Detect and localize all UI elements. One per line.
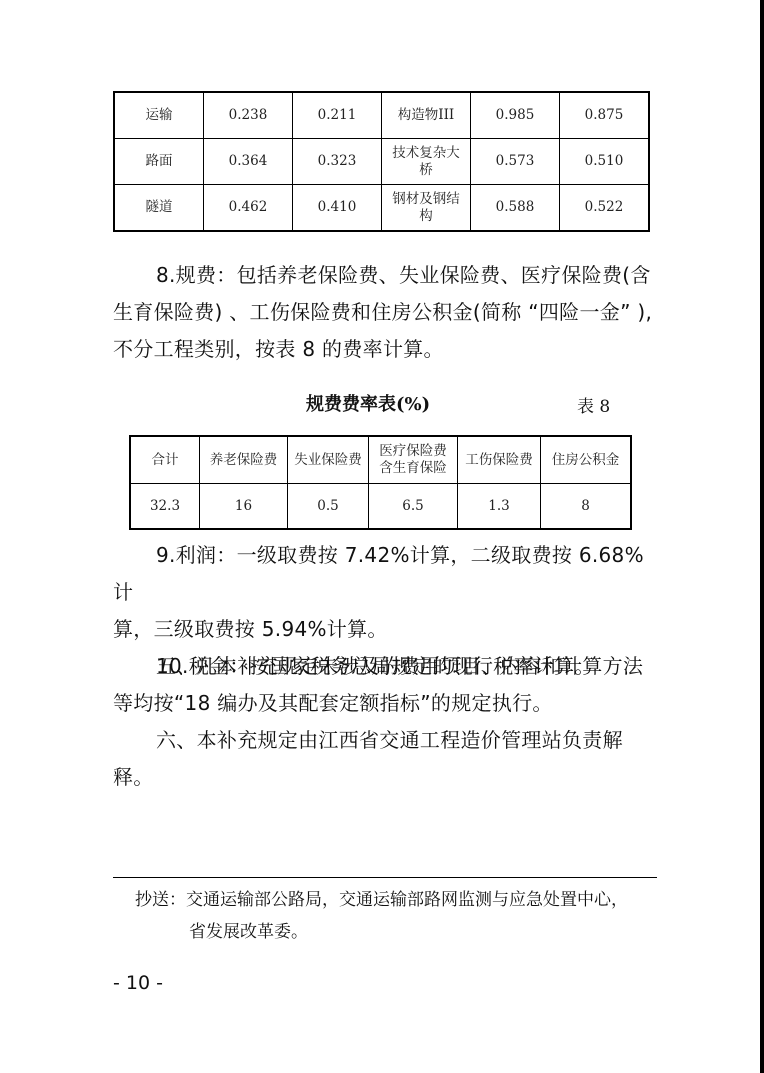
table-header-cell: 合计	[130, 436, 200, 484]
table-cell: 0.364	[204, 139, 293, 185]
table-cell: 0.323	[293, 139, 382, 185]
text-span: 五、凡本补充规定未涉及的费用项目、内容和计算方法	[156, 654, 643, 678]
cell-line: 含生育保险	[379, 460, 447, 476]
table-header-cell: 工伤保险费	[458, 436, 541, 484]
table-cell: 技术复杂大桥	[382, 139, 471, 185]
table-cell: 路面	[114, 139, 204, 185]
table-cell: 运输	[114, 92, 204, 139]
table-cell: 0.462	[204, 185, 293, 232]
table-row: 运输 0.238 0.211 构造物III 0.985 0.875	[114, 92, 649, 139]
table-cell: 0.588	[471, 185, 560, 232]
table-cell: 构造物III	[382, 92, 471, 139]
text-line: 9.利润：一级取费按 7.42%计算，二级取费按 6.68%计	[113, 537, 658, 611]
table-row: 路面 0.364 0.323 技术复杂大桥 0.573 0.510	[114, 139, 649, 185]
cell-line: 技术复杂大	[392, 145, 460, 161]
cell-line: 桥	[419, 162, 433, 178]
cc-line-continued: 省发展改革委。	[189, 916, 308, 948]
table-row: 32.3 16 0.5 6.5 1.3 8	[130, 484, 631, 530]
table-cell: 0.211	[293, 92, 382, 139]
table-header-row: 合计 养老保险费 失业保险费 医疗保险费含生育保险 工伤保险费 住房公积金	[130, 436, 631, 484]
table-cell: 6.5	[369, 484, 458, 530]
text-line: 算，三级取费按 5.94%计算。	[113, 611, 658, 648]
paragraph-fees: 8.规费：包括养老保险费、失业保险费、医疗保险费(含 生育保险费) 、工伤保险费…	[113, 257, 658, 368]
table-cell: 0.573	[471, 139, 560, 185]
table-cell: 32.3	[130, 484, 200, 530]
table8-title: 规费费率表(%)	[306, 390, 430, 416]
table-cell: 0.238	[204, 92, 293, 139]
table-cell: 0.985	[471, 92, 560, 139]
text-line: 8.规费：包括养老保险费、失业保险费、医疗保险费(含	[113, 257, 658, 294]
text-line: 六、本补充规定由江西省交通工程造价管理站负责解	[113, 722, 658, 759]
table8-number: 表 8	[577, 392, 610, 417]
table-header-cell: 医疗保险费含生育保险	[369, 436, 458, 484]
table-cell: 钢材及钢结构	[382, 185, 471, 232]
table-cell: 8	[541, 484, 632, 530]
text-span: 六、本补充规定由江西省交通工程造价管理站负责解	[156, 728, 623, 752]
text-line: 释。	[113, 759, 658, 796]
table-cell: 隧道	[114, 185, 204, 232]
page-number: - 10 -	[113, 972, 163, 994]
table-header-cell: 住房公积金	[541, 436, 632, 484]
table-cell: 0.510	[560, 139, 650, 185]
table-cell: 0.875	[560, 92, 650, 139]
table-header-cell: 养老保险费	[200, 436, 288, 484]
table-cell: 0.410	[293, 185, 382, 232]
table-cell: 16	[200, 484, 288, 530]
table-header-cell: 失业保险费	[288, 436, 369, 484]
fee-rate-table: 合计 养老保险费 失业保险费 医疗保险费含生育保险 工伤保险费 住房公积金 32…	[129, 435, 632, 530]
text-line: 等均按“18 编办及其配套定额指标”的规定执行。	[113, 685, 658, 722]
cell-line: 钢材及钢结	[392, 191, 460, 207]
text-span: 8.规费：包括养老保险费、失业保险费、医疗保险费(含	[156, 263, 651, 287]
cell-line: 医疗保险费	[379, 443, 447, 459]
table-cell: 0.5	[288, 484, 369, 530]
cell-line: 构	[419, 208, 433, 224]
text-line: 不分工程类别，按表 8 的费率计算。	[113, 331, 658, 368]
table-cell: 0.522	[560, 185, 650, 232]
cc-line: 抄送：交通运输部公路局，交通运输部路网监测与应急处置中心，	[135, 884, 628, 916]
cost-coefficient-table: 运输 0.238 0.211 构造物III 0.985 0.875 路面 0.3…	[113, 91, 650, 232]
page-edge-bar	[760, 0, 764, 1073]
text-line: 五、凡本补充规定未涉及的费用项目、内容和计算方法	[113, 648, 658, 685]
text-span: 9.利润：一级取费按 7.42%计算，二级取费按 6.68%计	[113, 543, 644, 604]
table-cell: 1.3	[458, 484, 541, 530]
table-row: 隧道 0.462 0.410 钢材及钢结构 0.588 0.522	[114, 185, 649, 232]
footer-divider	[113, 877, 657, 878]
text-line: 生育保险费) 、工伤保险费和住房公积金(简称 “四险一金” ),	[113, 294, 658, 331]
paragraph-five: 五、凡本补充规定未涉及的费用项目、内容和计算方法 等均按“18 编办及其配套定额…	[113, 648, 658, 796]
